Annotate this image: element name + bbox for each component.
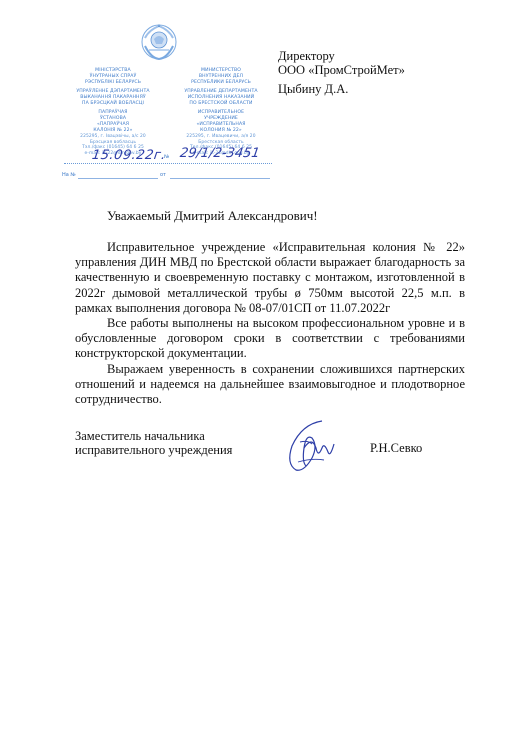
reference-line: На № от — [62, 171, 272, 181]
registration-number: 29/1/2-3451 — [179, 146, 261, 161]
letterhead-russian: МИНИСТЕРСТВО ВНУТРЕННИХ ДЕЛ РЕСПУБЛИКИ Б… — [170, 68, 272, 156]
body-paragraph: Все работы выполнены на высоком професси… — [75, 316, 465, 362]
addressee-position: Директору — [278, 49, 405, 63]
signatory-title-line: Заместитель начальника — [75, 429, 232, 443]
signatory-title-line: исправительного учреждения — [75, 443, 232, 457]
signatory-name: Р.Н.Севко — [370, 441, 422, 456]
reference-number-blank — [78, 178, 158, 179]
letter-body: Исправительное учреждение «Исправительна… — [75, 240, 465, 407]
reference-date-blank — [170, 178, 270, 179]
reference-number-label: На № — [62, 172, 76, 178]
registration-underline — [64, 163, 272, 164]
letterhead-belarusian: МІНІСТЭРСТВА ЎНУТРАНЫХ СПРАЎ РЭСПУБЛІКІ … — [62, 68, 164, 156]
registration-number-label: № — [164, 154, 169, 160]
reference-date-label: от — [160, 172, 166, 178]
body-paragraph: Выражаем уверенность в сохранении сложив… — [75, 362, 465, 408]
registration-date: 15.09.22г. — [91, 148, 167, 163]
addressee-company: ООО «ПромСтройМет» — [278, 63, 405, 77]
addressee-name: Цыбину Д.А. — [278, 82, 405, 96]
coat-of-arms-icon — [137, 22, 181, 62]
handwritten-signature-icon — [282, 418, 342, 474]
addressee-block: Директору ООО «ПромСтройМет» Цыбину Д.А. — [278, 49, 405, 96]
salutation: Уважаемый Дмитрий Александрович! — [107, 208, 318, 224]
letter-page: МІНІСТЭРСТВА ЎНУТРАНЫХ СПРАЎ РЭСПУБЛІКІ … — [0, 0, 521, 736]
registration-line: 15.09.22г. № 29/1/2-3451 — [62, 150, 272, 164]
body-paragraph: Исправительное учреждение «Исправительна… — [75, 240, 465, 316]
signatory-title: Заместитель начальника исправительного у… — [75, 429, 232, 457]
